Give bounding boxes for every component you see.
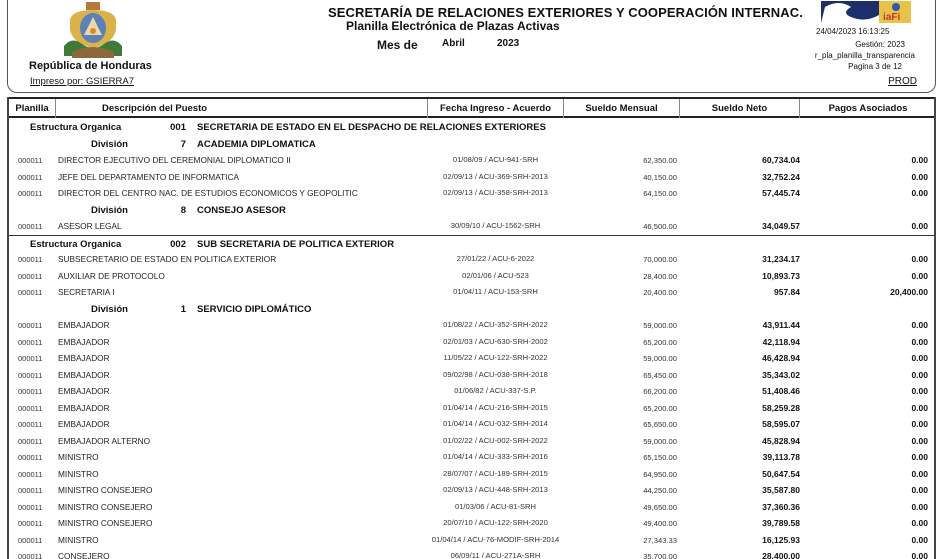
sueldo-neto: 35,343.02 — [680, 370, 800, 380]
pagos-asociados: 0.00 — [800, 502, 928, 512]
table-row: 000011EMBAJADOR09/02/98 / ACU-038-SRH-20… — [9, 367, 934, 384]
sueldo-mensual: 64,150.00 — [564, 189, 677, 198]
table-row: 000011DIRECTOR EJECUTIVO DEL CEREMONIAL … — [9, 152, 934, 169]
sueldo-neto: 34,049.57 — [680, 221, 800, 231]
report-subtitle: Planilla Electrónica de Plazas Activas — [346, 19, 560, 33]
position-description: CONSEJERO — [58, 551, 110, 559]
pagos-asociados: 0.00 — [800, 254, 928, 264]
group-label: División — [91, 139, 128, 150]
group-estructura-organica: Estructura Organica001SECRETARIA DE ESTA… — [9, 119, 934, 136]
planilla-code: 000011 — [18, 404, 42, 413]
fecha-acuerdo: 01/04/14 / ACU-032-SRH-2014 — [427, 420, 564, 428]
sueldo-mensual: 65,150.00 — [564, 453, 677, 462]
planilla-code: 000011 — [18, 156, 42, 165]
sueldo-mensual: 27,343.33 — [564, 536, 677, 545]
table-header: Planilla Descripción del Puesto Fecha In… — [9, 97, 934, 118]
planilla-code: 000011 — [18, 486, 42, 495]
pagos-asociados: 0.00 — [800, 535, 928, 545]
position-description: EMBAJADOR — [58, 353, 110, 363]
month-label: Mes de — [377, 38, 418, 52]
fecha-acuerdo: 27/01/22 / ACU-6-2022 — [427, 255, 564, 263]
fecha-acuerdo: 01/04/14 / ACU-333-SRH-2016 — [427, 453, 564, 461]
position-description: EMBAJADOR — [58, 403, 110, 413]
group-name: SERVICIO DIPLOMÁTICO — [197, 304, 311, 315]
year-value: 2023 — [497, 38, 519, 49]
sueldo-neto: 31,234.17 — [680, 254, 800, 264]
position-description: SECRETARIA I — [58, 287, 115, 297]
environment-link[interactable]: PROD — [888, 76, 917, 87]
sueldo-neto: 60,734.04 — [680, 155, 800, 165]
sueldo-neto: 46,428.94 — [680, 353, 800, 363]
planilla-code: 000011 — [18, 272, 42, 281]
fecha-acuerdo: 02/09/13 / ACU-448-SRH-2013 — [427, 486, 564, 494]
pagos-asociados: 0.00 — [800, 386, 928, 396]
pagos-asociados: 0.00 — [800, 403, 928, 413]
pagos-asociados: 0.00 — [800, 172, 928, 182]
pagos-asociados: 0.00 — [800, 518, 928, 528]
table-row: 000011EMBAJADOR11/05/22 / ACU-122-SRH-20… — [9, 350, 934, 367]
group-division: División7ACADEMIA DIPLOMATICA — [9, 136, 934, 153]
position-description: AUXILIAR DE PROTOCOLO — [58, 271, 165, 281]
report-title: SECRETARÍA DE RELACIONES EXTERIORES Y CO… — [328, 5, 803, 20]
sueldo-mensual: 59,000.00 — [564, 354, 677, 363]
fecha-acuerdo: 01/02/22 / ACU-002-SRH-2022 — [427, 437, 564, 445]
fecha-acuerdo: 30/09/10 / ACU-1562-SRH — [427, 222, 564, 230]
planilla-code: 000011 — [18, 222, 42, 231]
group-division: División8CONSEJO ASESOR — [9, 202, 934, 219]
page-indicator: Pagina 3 de 12 — [848, 62, 902, 71]
position-description: DIRECTOR DEL CENTRO NAC. DE ESTUDIOS ECO… — [58, 188, 358, 198]
col-descripcion: Descripción del Puesto — [56, 99, 428, 118]
sueldo-mensual: 64,950.00 — [564, 470, 677, 479]
fecha-acuerdo: 02/01/06 / ACU-523 — [427, 272, 564, 280]
sueldo-mensual: 28,400.00 — [564, 272, 677, 281]
position-description: EMBAJADOR — [58, 320, 110, 330]
group-label: Estructura Organica — [30, 122, 121, 133]
sueldo-mensual: 49,650.00 — [564, 503, 677, 512]
country-name: República de Honduras — [29, 60, 152, 72]
sueldo-neto: 50,647.54 — [680, 469, 800, 479]
sueldo-neto: 45,828.94 — [680, 436, 800, 446]
position-description: MINISTRO — [58, 469, 99, 479]
pagos-asociados: 0.00 — [800, 485, 928, 495]
position-description: EMBAJADOR — [58, 419, 110, 429]
fecha-acuerdo: 02/01/03 / ACU-630-SRH-2002 — [427, 338, 564, 346]
group-division: División1SERVICIO DIPLOMÁTICO — [9, 301, 934, 318]
planilla-code: 000011 — [18, 255, 42, 264]
sueldo-mensual: 46,500.00 — [564, 222, 677, 231]
fecha-acuerdo: 01/08/22 / ACU-352-SRH-2022 — [427, 321, 564, 329]
pagos-asociados: 0.00 — [800, 337, 928, 347]
sueldo-neto: 35,587.80 — [680, 485, 800, 495]
fecha-acuerdo: 01/04/14 / ACU-216-SRH-2015 — [427, 404, 564, 412]
fecha-acuerdo: 20/07/10 / ACU-122-SRH-2020 — [427, 519, 564, 527]
report-id: r_pla_planilla_transparencia — [815, 51, 915, 60]
planilla-code: 000011 — [18, 519, 42, 528]
sueldo-mensual: 35,700.00 — [564, 552, 677, 559]
sueldo-neto: 58,259.28 — [680, 403, 800, 413]
sueldo-neto: 39,789.58 — [680, 518, 800, 528]
col-planilla: Planilla — [9, 99, 56, 118]
planilla-code: 000011 — [18, 552, 42, 559]
table-row: 000011EMBAJADOR02/01/03 / ACU-630-SRH-20… — [9, 334, 934, 351]
planilla-code: 000011 — [18, 288, 42, 297]
table-row: 000011JEFE DEL DEPARTAMENTO DE INFORMATI… — [9, 169, 934, 186]
position-description: ASESOR LEGAL — [58, 221, 122, 231]
coat-of-arms-icon — [62, 2, 124, 58]
table-row: 000011MINISTRO CONSEJERO20/07/10 / ACU-1… — [9, 515, 934, 532]
sueldo-mensual: 59,000.00 — [564, 321, 677, 330]
sueldo-neto: 39,113.78 — [680, 452, 800, 462]
planilla-code: 000011 — [18, 503, 42, 512]
position-description: EMBAJADOR — [58, 370, 110, 380]
sueldo-neto: 51,408.46 — [680, 386, 800, 396]
position-description: SUBSECRETARIO DE ESTADO EN POLITICA EXTE… — [58, 254, 276, 264]
pagos-asociados: 0.00 — [800, 353, 928, 363]
position-description: EMBAJADOR — [58, 386, 110, 396]
pagos-asociados: 0.00 — [800, 155, 928, 165]
table-row: 000011SUBSECRETARIO DE ESTADO EN POLITIC… — [9, 251, 934, 268]
planilla-code: 000011 — [18, 189, 42, 198]
table-row: 000011DIRECTOR DEL CENTRO NAC. DE ESTUDI… — [9, 185, 934, 202]
fecha-acuerdo: 28/07/07 / ACU-189-SRH-2015 — [427, 470, 564, 478]
table-row: 000011SECRETARIA I01/04/11 / ACU-153-SRH… — [9, 284, 934, 301]
group-name: SECRETARIA DE ESTADO EN EL DESPACHO DE R… — [197, 122, 546, 133]
pagos-asociados: 0.00 — [800, 320, 928, 330]
table-body: Estructura Organica001SECRETARIA DE ESTA… — [9, 119, 934, 559]
sueldo-mensual: 65,200.00 — [564, 338, 677, 347]
svg-text:iaFi: iaFi — [883, 12, 900, 23]
table-row: 000011EMBAJADOR01/04/14 / ACU-032-SRH-20… — [9, 416, 934, 433]
position-description: MINISTRO — [58, 535, 99, 545]
month-value: Abril — [442, 38, 465, 49]
group-label: División — [91, 205, 128, 216]
pagos-asociados: 20,400.00 — [800, 287, 928, 297]
sueldo-mensual: 62,350.00 — [564, 156, 677, 165]
table-row: 000011MINISTRO CONSEJERO02/09/13 / ACU-4… — [9, 482, 934, 499]
planilla-code: 000011 — [18, 437, 42, 446]
pagos-asociados: 0.00 — [800, 221, 928, 231]
pagos-asociados: 0.00 — [800, 452, 928, 462]
position-description: MINISTRO — [58, 452, 99, 462]
sueldo-mensual: 44,250.00 — [564, 486, 677, 495]
timestamp: 24/04/2023 16:13:25 — [816, 27, 889, 36]
sueldo-mensual: 59,000.00 — [564, 437, 677, 446]
planilla-code: 000011 — [18, 420, 42, 429]
group-name: CONSEJO ASESOR — [197, 205, 286, 216]
group-estructura-organica: Estructura Organica002SUB SECRETARIA DE … — [9, 235, 934, 252]
planilla-code: 000011 — [18, 321, 42, 330]
sueldo-neto: 57,445.74 — [680, 188, 800, 198]
fecha-acuerdo: 01/04/11 / ACU-153-SRH — [427, 288, 564, 296]
group-num: 001 — [156, 122, 186, 133]
pagos-asociados: 0.00 — [800, 469, 928, 479]
col-fecha-acuerdo: Fecha Ingreso - Acuerdo — [428, 99, 564, 118]
table-row: 000011EMBAJADOR01/08/22 / ACU-352-SRH-20… — [9, 317, 934, 334]
group-num: 7 — [156, 139, 186, 150]
planilla-code: 000011 — [18, 470, 42, 479]
sueldo-mensual: 65,450.00 — [564, 371, 677, 380]
table-row: 000011MINISTRO28/07/07 / ACU-189-SRH-201… — [9, 466, 934, 483]
pagos-asociados: 0.00 — [800, 188, 928, 198]
fecha-acuerdo: 09/02/98 / ACU-038-SRH-2018 — [427, 371, 564, 379]
col-sueldo-neto: Sueldo Neto — [680, 99, 800, 118]
group-num: 002 — [156, 239, 186, 250]
sueldo-neto: 58,595.07 — [680, 419, 800, 429]
sueldo-mensual: 66,200.00 — [564, 387, 677, 396]
fecha-acuerdo: 02/09/13 / ACU-358-SRH-2013 — [427, 189, 564, 197]
position-description: EMBAJADOR — [58, 337, 110, 347]
sueldo-neto: 10,893.73 — [680, 271, 800, 281]
pagos-asociados: 0.00 — [800, 419, 928, 429]
group-num: 8 — [156, 205, 186, 216]
sueldo-neto: 37,360.36 — [680, 502, 800, 512]
sueldo-mensual: 49,400.00 — [564, 519, 677, 528]
pagos-asociados: 0.00 — [800, 370, 928, 380]
group-name: ACADEMIA DIPLOMATICA — [197, 139, 316, 150]
sueldo-mensual: 70,000.00 — [564, 255, 677, 264]
table-row: 000011EMBAJADOR ALTERNO01/02/22 / ACU-00… — [9, 433, 934, 450]
planilla-code: 000011 — [18, 338, 42, 347]
table-row: 000011MINISTRO01/04/14 / ACU-76-MODIF-SR… — [9, 532, 934, 549]
position-description: MINISTRO CONSEJERO — [58, 485, 153, 495]
sueldo-mensual: 65,650.00 — [564, 420, 677, 429]
group-name: SUB SECRETARIA DE POLITICA EXTERIOR — [197, 239, 394, 250]
position-description: MINISTRO CONSEJERO — [58, 518, 153, 528]
position-description: DIRECTOR EJECUTIVO DEL CEREMONIAL DIPLOM… — [58, 155, 291, 165]
sueldo-neto: 43,911.44 — [680, 320, 800, 330]
group-label: Estructura Organica — [30, 239, 121, 250]
sueldo-neto: 957.84 — [680, 287, 800, 297]
position-description: MINISTRO CONSEJERO — [58, 502, 153, 512]
table-row: 000011MINISTRO CONSEJERO01/03/06 / ACU-8… — [9, 499, 934, 516]
payroll-table: Planilla Descripción del Puesto Fecha In… — [7, 97, 936, 559]
fecha-acuerdo: 06/09/11 / ACU-271A-SRH — [427, 552, 564, 559]
fecha-acuerdo: 01/04/14 / ACU-76-MODIF-SRH-2014 — [427, 536, 564, 544]
siafi-logo-icon: iaFi — [821, 1, 911, 23]
table-row: 000011ASESOR LEGAL30/09/10 / ACU-1562-SR… — [9, 218, 934, 235]
planilla-code: 000011 — [18, 387, 42, 396]
position-description: JEFE DEL DEPARTAMENTO DE INFORMATICA — [58, 172, 239, 182]
sueldo-mensual: 65,200.00 — [564, 404, 677, 413]
table-row: 000011MINISTRO01/04/14 / ACU-333-SRH-201… — [9, 449, 934, 466]
sueldo-neto: 28,400.00 — [680, 551, 800, 559]
planilla-code: 000011 — [18, 371, 42, 380]
sueldo-mensual: 20,400.00 — [564, 288, 677, 297]
pagos-asociados: 0.00 — [800, 551, 928, 559]
sueldo-neto: 42,118.94 — [680, 337, 800, 347]
pagos-asociados: 0.00 — [800, 271, 928, 281]
position-description: EMBAJADOR ALTERNO — [58, 436, 150, 446]
fecha-acuerdo: 11/05/22 / ACU-122-SRH-2022 — [427, 354, 564, 362]
printed-by: Impreso por: GSIERRA7 — [30, 76, 134, 87]
planilla-code: 000011 — [18, 354, 42, 363]
gestion: Gestión: 2023 — [855, 40, 905, 49]
table-row: 000011CONSEJERO06/09/11 / ACU-271A-SRH35… — [9, 548, 934, 559]
group-label: División — [91, 304, 128, 315]
table-row: 000011AUXILIAR DE PROTOCOLO02/01/06 / AC… — [9, 268, 934, 285]
col-pagos-asociados: Pagos Asociados — [800, 99, 936, 118]
col-sueldo-mensual: Sueldo Mensual — [564, 99, 680, 118]
table-row: 000011EMBAJADOR01/06/82 / ACU-337-S.P.66… — [9, 383, 934, 400]
planilla-code: 000011 — [18, 536, 42, 545]
planilla-code: 000011 — [18, 453, 42, 462]
fecha-acuerdo: 01/08/09 / ACU-941-SRH — [427, 156, 564, 164]
fecha-acuerdo: 01/03/06 / ACU-81-SRH — [427, 503, 564, 511]
sueldo-neto: 32,752.24 — [680, 172, 800, 182]
fecha-acuerdo: 01/06/82 / ACU-337-S.P. — [427, 387, 564, 395]
pagos-asociados: 0.00 — [800, 436, 928, 446]
planilla-code: 000011 — [18, 173, 42, 182]
fecha-acuerdo: 02/09/13 / ACU-369-SRH-2013 — [427, 173, 564, 181]
sueldo-mensual: 40,150.00 — [564, 173, 677, 182]
sueldo-neto: 16,125.93 — [680, 535, 800, 545]
group-num: 1 — [156, 304, 186, 315]
table-row: 000011EMBAJADOR01/04/14 / ACU-216-SRH-20… — [9, 400, 934, 417]
